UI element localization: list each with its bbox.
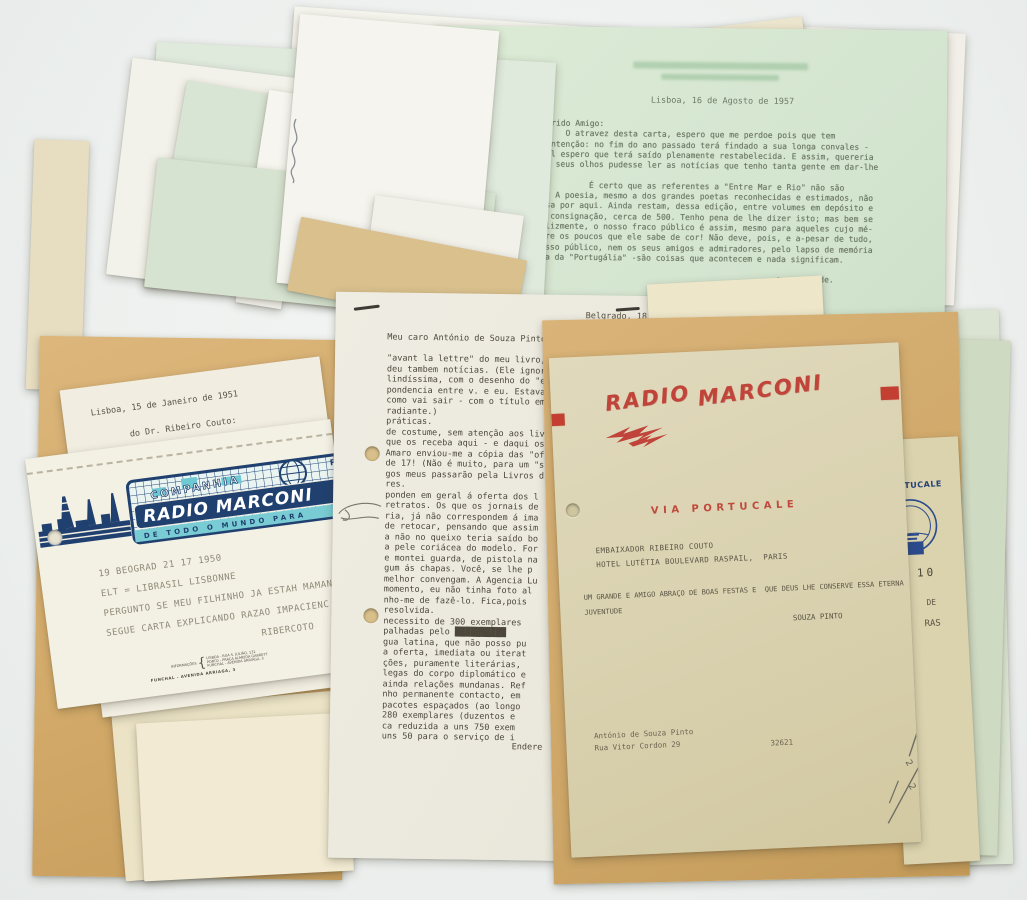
under-telegram-header-fragment: TUCALE [904,479,942,490]
pencil-strokes [865,709,921,832]
telegram-signature: SOUZA PINTO [793,611,843,622]
telegram-recipient: EMBAIXADOR RIBEIRO COUTO HOTEL LUTÉTIA B… [595,536,788,573]
faint-stamp-mark [633,61,808,70]
faint-stamp-mark [661,74,779,81]
marconi-brand-word2: MARCONI [696,370,824,410]
cream-strip-bottom-left [136,713,354,882]
via-portucale-line: VIA PORTUCALE [651,499,799,517]
green-letter-date: Lisboa, 16 de Agosto de 1957 [651,96,794,108]
under-telegram-fragment-ras: RAS [924,618,941,629]
margin-annotation-squiggle [335,492,388,535]
handwriting-squiggle [282,115,312,185]
footer-label: INFORMAÇÕES [171,662,197,669]
belgrade-letter-bottom-fragment: Endere [512,742,543,752]
radio-marconi-telegram-blue: COMPANHIA PO RADIO MARCONI DE TODO O MUN… [25,419,363,709]
punch-hole [365,446,380,461]
marconi-telegram: RADIO MARCONI VIA PORTUCALE EMBAIXADOR R… [549,342,921,857]
punch-hole [565,503,580,518]
telegram-reference-number: 32621 [770,738,793,748]
punch-hole [363,608,378,623]
photo-of-document-stack: Lisboa, 16 de Agosto de 1957 Meu muito q… [0,0,1027,900]
under-telegram-number: 10 [917,566,937,580]
staple-left [354,305,380,311]
couto-letter-date: Lisboa, 15 de Janeiro de 1951 [90,389,238,418]
marconi-brand-word1: RADIO [604,381,692,416]
telegram-sender: António de Souza Pinto Rua Vitor Cordon … [594,726,694,754]
telegram-message: UM GRANDE E AMIGO ABRAÇO DE BOAS FESTAS … [583,576,904,620]
under-telegram-fragment-de: DE [926,598,936,607]
footer-addresses: LISBOA - RUA S. JULIÃO, 131 PORTO - PRAÇ… [206,649,268,668]
marconi-header: RADIO MARCONI [604,355,889,446]
red-mark-left [549,414,565,427]
pencil-marks: 2 2 [865,709,921,832]
lightning-bolt-icon [604,420,673,455]
